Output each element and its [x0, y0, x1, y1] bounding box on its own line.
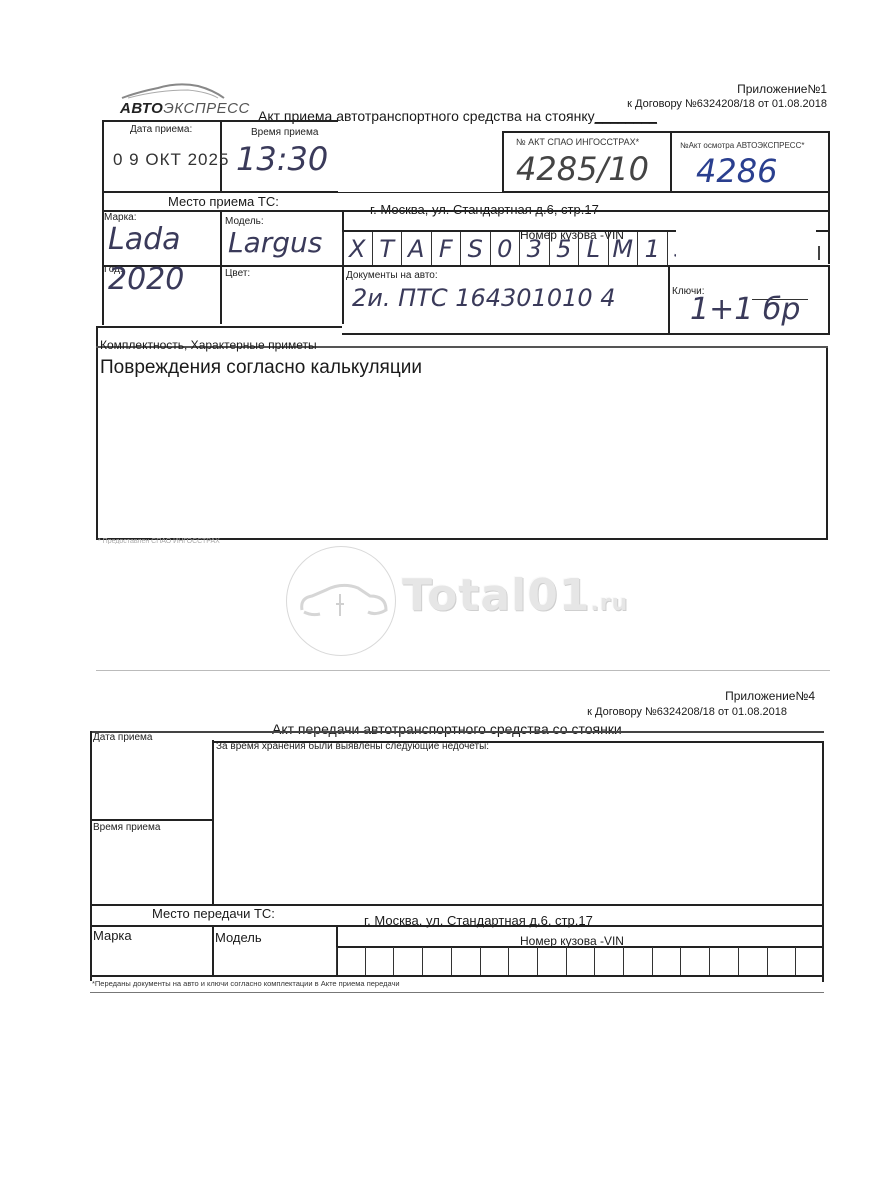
year-value: 2020: [108, 262, 184, 297]
vin-char-cell[interactable]: 1: [637, 232, 667, 266]
documents-value: 2и. ПТС 164301010 4: [352, 284, 616, 312]
vin-char-cell[interactable]: A: [401, 232, 431, 266]
vin-char-cell[interactable]: [680, 947, 709, 977]
logo-bold-text: АВТО: [120, 100, 163, 117]
avtoexpress-act-label: №Акт осмотра АВТОЭКСПРЕСС*: [680, 141, 804, 150]
release-date-field[interactable]: [93, 748, 211, 818]
redacted-area: [338, 128, 502, 192]
keys-value: 1+1 бр: [690, 292, 800, 327]
vin-input-grid[interactable]: XTAFS035LM1S: [342, 232, 672, 266]
vin-char-cell[interactable]: [795, 947, 824, 977]
release-brand-label: Марка: [93, 928, 132, 943]
title-blank: ________: [595, 108, 657, 124]
vin-char-cell[interactable]: [767, 947, 796, 977]
release-vin-input-grid[interactable]: [336, 947, 824, 977]
release-model-label: Модель: [215, 930, 262, 945]
ingos-act-number: 4285/10: [516, 150, 649, 188]
release-place-label: Место передачи ТС:: [152, 906, 275, 921]
avtoexpress-act-number: 4286: [696, 152, 777, 190]
vin-char-cell[interactable]: L: [578, 232, 608, 266]
completeness-value: Повреждения согласно калькуляции: [100, 357, 422, 379]
documents-label: Документы на авто:: [346, 270, 438, 281]
vin-char-cell[interactable]: [480, 947, 509, 977]
model-value: Largus: [228, 226, 322, 259]
form-title-2: Акт передачи автотранспортного средства …: [272, 721, 622, 737]
vin-char-cell[interactable]: [508, 947, 537, 977]
appendix-label-2: Приложение№4: [725, 689, 815, 703]
defects-field[interactable]: [216, 758, 820, 902]
vin-char-cell[interactable]: [365, 947, 394, 977]
time-label: Время приема: [251, 127, 318, 138]
vin-char-cell[interactable]: X: [342, 232, 372, 266]
date-stamp: 0 9 ОКТ 2025: [113, 150, 229, 170]
vin-char-cell[interactable]: F: [431, 232, 461, 266]
date-label: Дата приема:: [130, 124, 192, 135]
vin-char-cell[interactable]: [738, 947, 767, 977]
footnote-2: *Переданы документы на авто и ключи согл…: [92, 979, 400, 988]
vin-char-cell[interactable]: S: [460, 232, 490, 266]
vin-char-cell[interactable]: [451, 947, 480, 977]
vin-char-cell[interactable]: [652, 947, 681, 977]
vin-char-cell[interactable]: 5: [549, 232, 579, 266]
defects-label: За время хранения были выявлены следующи…: [216, 741, 489, 752]
footnote-1: * Предоставлен СПАО ИНГОССТРАХ: [98, 538, 220, 544]
vin-char-cell[interactable]: 0: [490, 232, 520, 266]
watermark-car-icon: [296, 580, 392, 629]
vin-char-cell[interactable]: [594, 947, 623, 977]
vin-char-cell[interactable]: 3: [519, 232, 549, 266]
vin-char-cell[interactable]: [393, 947, 422, 977]
completeness-label: Комплектность, Характерные приметы: [100, 338, 317, 352]
release-time-label: Время приема: [93, 822, 160, 833]
time-value: 13:30: [236, 140, 328, 178]
contract-reference-2: к Договору №6324208/18 от 01.08.2018: [587, 706, 787, 718]
watermark-text: Total01: [402, 570, 590, 621]
contract-reference: к Договору №6324208/18 от 01.08.2018: [627, 98, 827, 110]
vin-char-cell[interactable]: [422, 947, 451, 977]
company-logo: АВТОЭКСПРЕСС: [120, 100, 250, 117]
logo-light-text: ЭКСПРЕСС: [163, 100, 249, 117]
vin-char-cell[interactable]: T: [372, 232, 402, 266]
redacted-vin: [676, 228, 816, 268]
appendix-label: Приложение№1: [737, 82, 827, 96]
watermark-suffix: .ru: [590, 591, 628, 616]
vin-char-cell[interactable]: [709, 947, 738, 977]
vin-char-cell[interactable]: M: [608, 232, 638, 266]
release-time-field[interactable]: [93, 836, 211, 902]
color-label: Цвет:: [225, 268, 250, 279]
ingos-act-label: № АКТ СПАО ИНГОССТРАХ*: [516, 137, 639, 147]
vin-char-cell[interactable]: [336, 947, 365, 977]
brand-value: Lada: [108, 222, 181, 257]
car-silhouette-icon: [118, 80, 228, 100]
release-date-label: Дата приема: [93, 732, 152, 743]
vin-char-cell[interactable]: [566, 947, 595, 977]
vin-char-cell[interactable]: [623, 947, 652, 977]
place-label: Место приема ТС:: [168, 194, 279, 209]
vin-char-cell[interactable]: [537, 947, 566, 977]
